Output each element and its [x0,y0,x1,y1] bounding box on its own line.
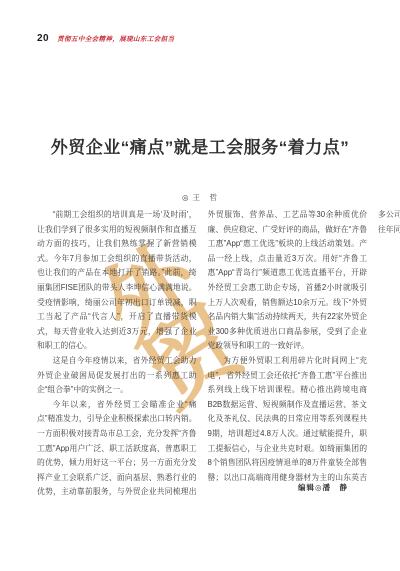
page-number: 20 [37,33,49,44]
article-byline: ◎王 哲 [0,192,400,203]
page-header: 20 贯彻五中全会精神，展现山东工会担当 [37,33,174,44]
author-name: 王 哲 [193,193,219,202]
article-paragraph: 这是自今年疫情以来，省外经贸工会助力外贸企业破困局促发展打出的一系列惠工助企“组… [37,354,197,398]
editor-credit: 编辑◎潘 静 [298,482,348,493]
article-paragraph: “前期工会组织的培训真是一场‘及时雨’，让我们学到了很多实用的短视频制作和直播互… [37,208,197,354]
header-slogan: 贯彻五中全会精神，展现山东工会担当 [57,34,174,43]
article-title: 外贸企业“痛点”就是工会服务“着力点” [10,133,390,158]
article-body: “前期工会组织的培训真是一场‘及时雨’，让我们学到了很多实用的短视频制作和直播互… [37,208,367,502]
magazine-page: 20 贯彻五中全会精神，展现山东工会担当 外贸 外贸企业“痛点”就是工会服务“着… [0,0,400,571]
author-circle-icon: ◎ [182,193,190,202]
editor-circle-icon: ◎ [315,483,323,492]
editor-name: 潘 静 [323,483,349,492]
editor-label: 编辑 [298,483,315,492]
